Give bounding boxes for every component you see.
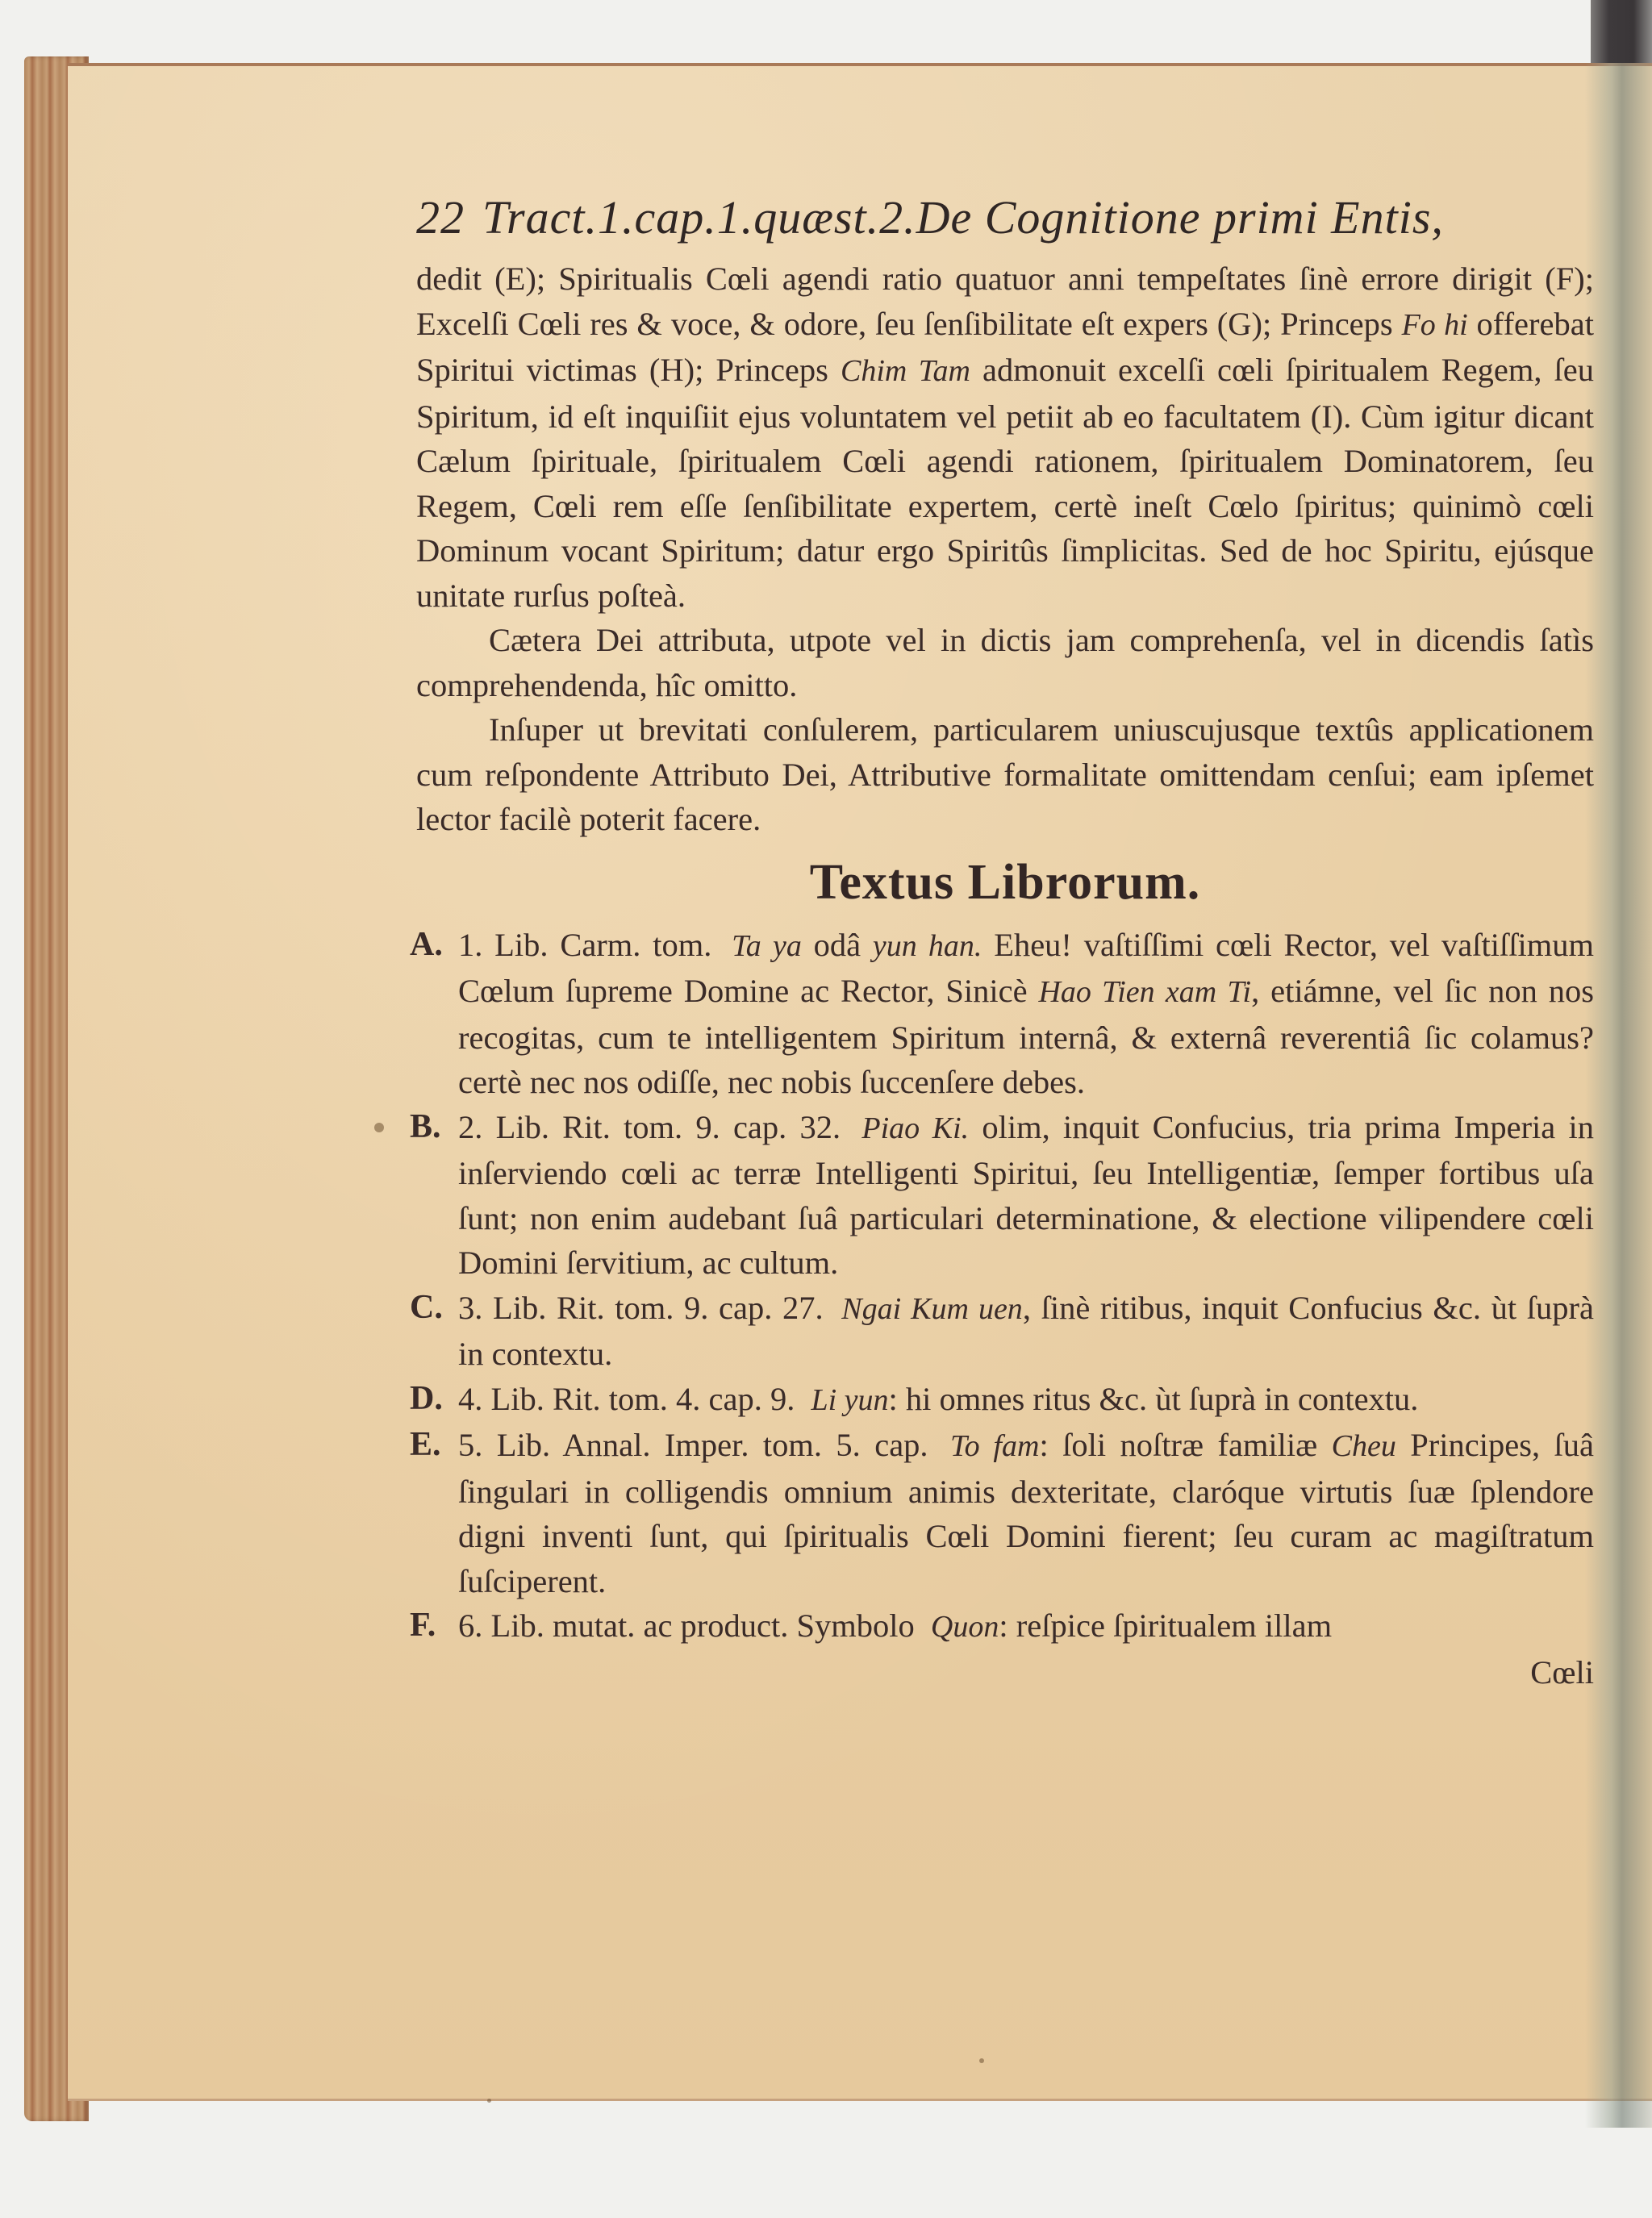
text-run: : hi omnes ritus &c. ùt ſuprà in context…: [889, 1381, 1419, 1417]
body-paragraph: dedit (E); Spiritualis Cœli agendi ratio…: [416, 256, 1594, 618]
text-run: Cætera Dei attributa, utpote vel in dict…: [416, 622, 1594, 703]
citation-entry: A.1. Lib. Carm. tom. Ta ya odâ yun han. …: [416, 923, 1594, 1105]
page-text: 22Tract.1.cap.1.quæst.2.De Cognitione pr…: [416, 179, 1594, 1695]
gutter-shadow: [1585, 63, 1652, 2128]
running-head: 22Tract.1.cap.1.quæst.2.De Cognitione pr…: [416, 179, 1594, 256]
citation-letter: D.: [410, 1377, 443, 1422]
chinese-title-italic: Li yun: [811, 1383, 888, 1417]
chinese-title-italic: Chim Tam: [841, 354, 970, 388]
chinese-title-italic: yun han.: [873, 929, 982, 963]
citation-entry: D.4. Lib. Rit. tom. 4. cap. 9. Li yun: h…: [416, 1377, 1594, 1424]
body-paragraph: Cætera Dei attributa, utpote vel in dict…: [416, 618, 1594, 707]
chinese-title-italic: Fo hi: [1402, 308, 1468, 342]
text-run: : ſoli noſtræ familiæ: [1039, 1427, 1331, 1463]
citation-reference: 3. Lib. Rit. tom. 9. cap. 27.: [458, 1290, 824, 1326]
citation-letter: F.: [410, 1603, 436, 1649]
citation-entry: E.5. Lib. Annal. Imper. tom. 5. cap. To …: [416, 1423, 1594, 1603]
citation-reference: 6. Lib. mutat. ac product. Symbolo: [458, 1607, 915, 1644]
citation-reference: 2. Lib. Rit. tom. 9. cap. 32.: [458, 1109, 841, 1145]
chinese-title-italic: Quon: [931, 1610, 999, 1644]
chinese-title-italic: Cheu: [1332, 1429, 1396, 1463]
paper-speck: [979, 2058, 984, 2063]
citation-letter: A.: [410, 923, 443, 968]
running-title: Tract.1.cap.1.quæst.2.De Cognitione prim…: [482, 191, 1444, 244]
chinese-title-italic: Ta ya: [732, 929, 802, 963]
citation-reference: 4. Lib. Rit. tom. 4. cap. 9.: [458, 1381, 795, 1417]
text-run: : reſpice ſpiritualem illam: [999, 1607, 1332, 1644]
text-run: odâ: [802, 927, 873, 963]
chinese-title-italic: Hao Tien xam Ti: [1038, 975, 1251, 1009]
citation-letter: B.: [410, 1105, 441, 1150]
catchword: Cœli: [416, 1650, 1594, 1695]
citation-entry: F.6. Lib. mutat. ac product. Symbolo Quo…: [416, 1603, 1594, 1650]
citation-reference: 1. Lib. Carm. tom.: [458, 927, 711, 963]
citation-letter: E.: [410, 1423, 441, 1468]
body-paragraph: Inſuper ut brevitati conſulerem, particu…: [416, 707, 1594, 842]
page-number: 22: [416, 191, 465, 244]
citation-list: A.1. Lib. Carm. tom. Ta ya odâ yun han. …: [416, 923, 1594, 1650]
citation-entry: B.2. Lib. Rit. tom. 9. cap. 32. Piao Ki.…: [416, 1105, 1594, 1286]
citation-reference: 5. Lib. Annal. Imper. tom. 5. cap.: [458, 1427, 928, 1463]
body-paragraphs: dedit (E); Spiritualis Cœli agendi ratio…: [416, 256, 1594, 842]
text-run: admonuit excelſi cœli ſpiritualem Regem,…: [416, 352, 1594, 614]
text-run: Inſuper ut brevitati conſulerem, particu…: [416, 711, 1594, 837]
paper-speck: [374, 1123, 384, 1132]
chinese-title-italic: To fam: [950, 1429, 1039, 1463]
section-title: Textus Librorum.: [416, 842, 1594, 923]
citation-letter: C.: [410, 1286, 443, 1331]
citation-entry: C.3. Lib. Rit. tom. 9. cap. 27. Ngai Kum…: [416, 1286, 1594, 1377]
chinese-title-italic: Piao Ki.: [861, 1111, 969, 1145]
chinese-title-italic: Ngai Kum uen: [841, 1292, 1023, 1326]
paper-speck: [487, 2099, 491, 2103]
